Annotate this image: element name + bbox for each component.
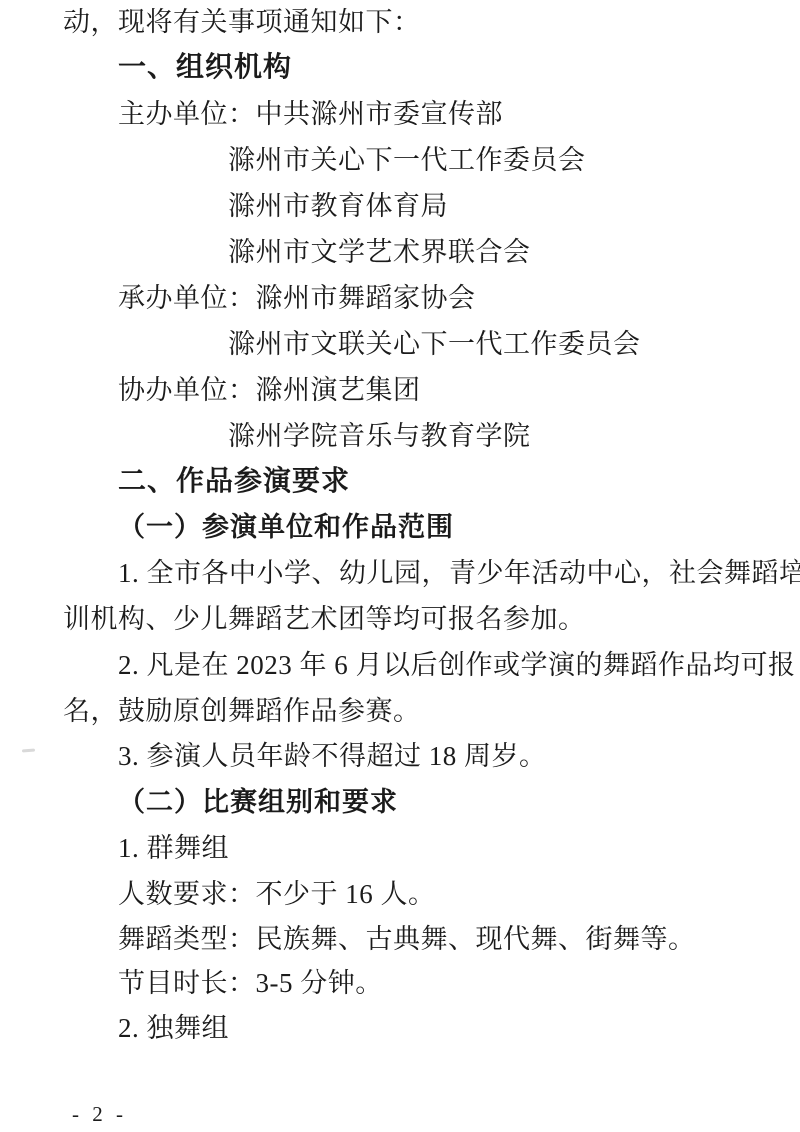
organizer-unit-continuation: 滁州市文联关心下一代工作委员会 [228,327,641,363]
subheading-scope: （一）参演单位和作品范围 [118,510,454,546]
page-number: - 2 - [72,1102,127,1127]
organizer-unit-line: 承办单位：滁州市舞蹈家协会 [118,281,476,317]
dance-type-line: 舞蹈类型：民族舞、古典舞、现代舞、街舞等。 [118,922,696,958]
group-dance-item: 1. 群舞组 [118,831,229,867]
co-organizer-unit-line: 协办单位：滁州演艺集团 [118,373,421,409]
host-unit-continuation-2: 滁州市教育体育局 [228,189,448,225]
scope-item-1-line-1: 1. 全市各中小学、幼儿园，青少年活动中心，社会舞蹈培 [118,556,800,592]
scope-item-2-line-1: 2. 凡是在 2023 年 6 月以后创作或学演的舞蹈作品均可报 [118,648,796,684]
subheading-groups: （二）比赛组别和要求 [118,785,398,821]
scope-item-3: 3. 参演人员年龄不得超过 18 周岁。 [118,739,547,775]
headcount-requirement-line: 人数要求：不少于 16 人。 [118,877,436,913]
duration-line: 节目时长：3-5 分钟。 [118,966,383,1002]
document-page: 动，现将有关事项通知如下： 一、组织机构 主办单位：中共滁州市委宣传部 滁州市关… [0,0,800,1132]
host-unit-continuation-3: 滁州市文学艺术界联合会 [228,235,531,271]
solo-dance-item: 2. 独舞组 [118,1011,229,1047]
intro-continuation-line: 动，现将有关事项通知如下： [63,5,421,41]
co-organizer-unit-continuation: 滁州学院音乐与教育学院 [228,419,531,455]
host-unit-continuation-1: 滁州市关心下一代工作委员会 [228,143,586,179]
scope-item-2-line-2: 名，鼓励原创舞蹈作品参赛。 [63,694,421,730]
scan-smudge-mark [22,749,35,753]
host-unit-line: 主办单位：中共滁州市委宣传部 [118,97,503,133]
section-heading-requirements: 二、作品参演要求 [118,464,350,500]
section-heading-organization: 一、组织机构 [118,50,292,86]
scope-item-1-line-2: 训机构、少儿舞蹈艺术团等均可报名参加。 [63,602,586,638]
